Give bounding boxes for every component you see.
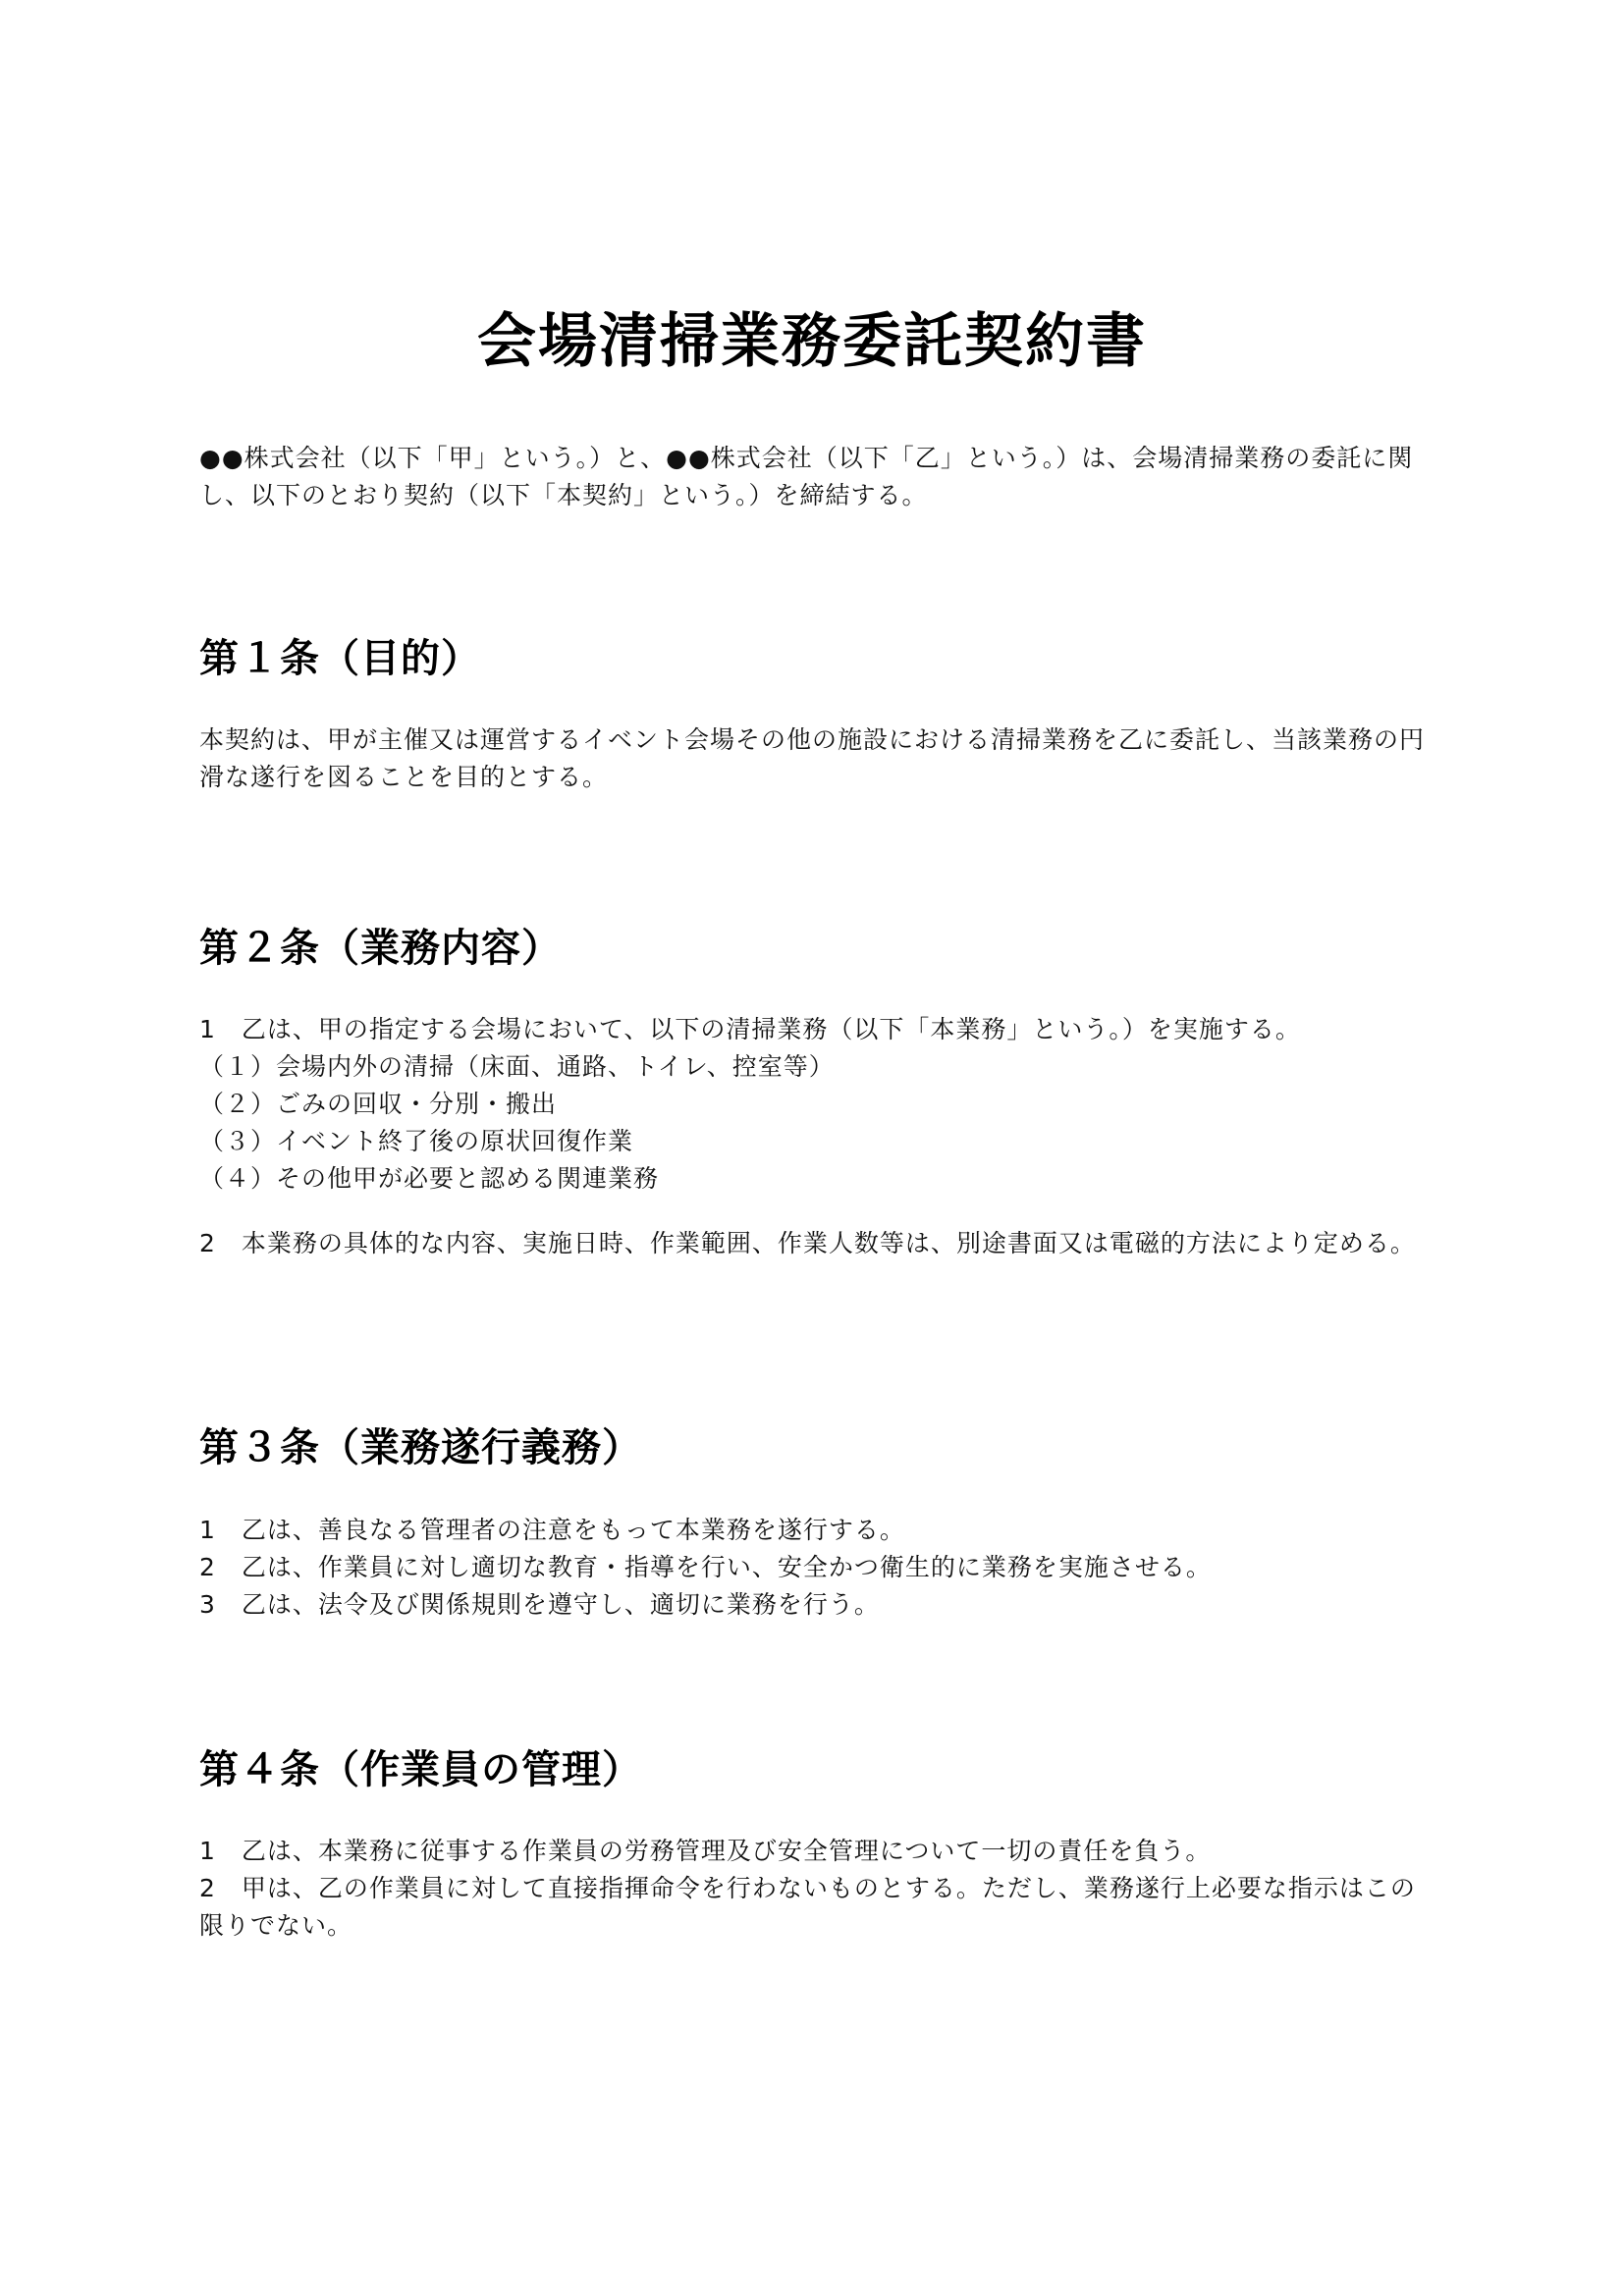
article-3-clause-2: 2 乙は、作業員に対し適切な教育・指導を行い、安全かつ衛生的に業務を実施させる。 (199, 1549, 1436, 1586)
article-3-heading: 第３条（業務遂行義務） (199, 1420, 642, 1475)
article-3-clause-1: 1 乙は、善良なる管理者の注意をもって本業務を遂行する。 (199, 1512, 1436, 1549)
article-4-clause-2: 2 甲は、乙の作業員に対して直接指揮命令を行わないものとする。ただし、業務遂行上… (199, 1870, 1436, 1945)
article-2-body-2: 2 本業務の具体的な内容、実施日時、作業範囲、作業人数等は、別途書面又は電磁的方… (199, 1225, 1436, 1262)
article-2-item-2: （２）ごみの回収・分別・搬出 (199, 1086, 1436, 1123)
article-2-heading: 第２条（業務内容） (199, 921, 562, 976)
article-2-body: 1 乙は、甲の指定する会場において、以下の清掃業務（以下「本業務」という。）を実… (199, 1011, 1436, 1198)
article-2-clause-1: 1 乙は、甲の指定する会場において、以下の清掃業務（以下「本業務」という。）を実… (199, 1011, 1436, 1048)
article-2-item-4: （４）その他甲が必要と認める関連業務 (199, 1160, 1436, 1198)
article-4-clause-1: 1 乙は、本業務に従事する作業員の労務管理及び安全管理について一切の責任を負う。 (199, 1833, 1436, 1870)
article-3-body: 1 乙は、善良なる管理者の注意をもって本業務を遂行する。 2 乙は、作業員に対し… (199, 1512, 1436, 1624)
article-1-heading: 第１条（目的） (199, 631, 481, 686)
article-2-clause-2: 2 本業務の具体的な内容、実施日時、作業範囲、作業人数等は、別途書面又は電磁的方… (199, 1225, 1436, 1262)
preamble: ●●株式会社（以下「甲」という。）と、●●株式会社（以下「乙」という。）は、会場… (199, 440, 1436, 514)
article-3-clause-3: 3 乙は、法令及び関係規則を遵守し、適切に業務を行う。 (199, 1586, 1436, 1624)
article-1-body: 本契約は、甲が主催又は運営するイベント会場その他の施設における清掃業務を乙に委託… (199, 721, 1436, 796)
article-2-item-1: （１）会場内外の清掃（床面、通路、トイレ、控室等） (199, 1048, 1436, 1086)
document-title: 会場清掃業務委託契約書 (0, 302, 1624, 381)
contract-page: 会場清掃業務委託契約書 ●●株式会社（以下「甲」という。）と、●●株式会社（以下… (0, 0, 1624, 2296)
article-2-item-3: （３）イベント終了後の原状回復作業 (199, 1123, 1436, 1160)
article-1-paragraph: 本契約は、甲が主催又は運営するイベント会場その他の施設における清掃業務を乙に委託… (199, 721, 1436, 796)
article-4-heading: 第４条（作業員の管理） (199, 1742, 642, 1797)
article-4-body: 1 乙は、本業務に従事する作業員の労務管理及び安全管理について一切の責任を負う。… (199, 1833, 1436, 1945)
preamble-text: ●●株式会社（以下「甲」という。）と、●●株式会社（以下「乙」という。）は、会場… (199, 440, 1436, 514)
